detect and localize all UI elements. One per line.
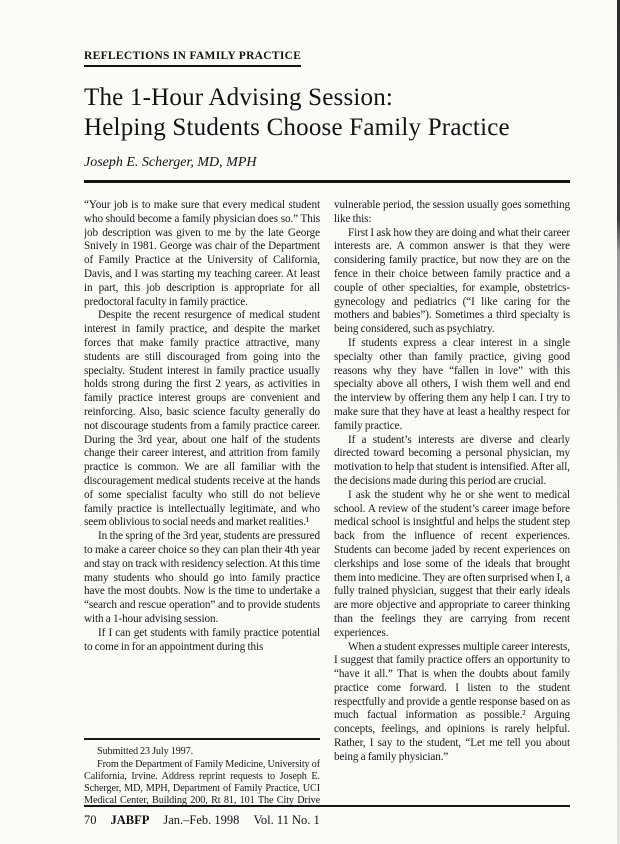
footnote-submitted: Submitted 23 July 1997. <box>84 746 320 758</box>
body-paragraph: “Your job is to make sure that every med… <box>84 199 320 309</box>
body-paragraph: I ask the student why he or she went to … <box>334 489 570 641</box>
article-header: REFLECTIONS IN FAMILY PRACTICE The 1-Hou… <box>0 0 620 183</box>
issue-date: Jan.–Feb. 1998 <box>163 813 239 828</box>
page-footer: 70 JABFP Jan.–Feb. 1998 Vol. 11 No. 1 <box>84 805 570 828</box>
body-paragraph: Despite the recent resurgence of medical… <box>84 309 320 530</box>
body-paragraph: If students express a clear interest in … <box>334 337 570 434</box>
journal-name: JABFP <box>111 813 150 828</box>
page-number: 70 <box>84 813 97 828</box>
volume-info: Vol. 11 No. 1 <box>253 813 319 828</box>
body-paragraph: If a student’s interests are diverse and… <box>334 434 570 489</box>
article-title-line2: Helping Students Choose Family Practice <box>84 114 510 141</box>
article-body: “Your job is to make sure that every med… <box>84 199 570 819</box>
body-paragraph: If I can get students with family practi… <box>84 627 320 655</box>
left-column: “Your job is to make sure that every med… <box>84 199 320 819</box>
body-paragraph: When a student expresses multiple career… <box>334 641 570 765</box>
body-paragraph: In the spring of the 3rd year, students … <box>84 530 320 627</box>
article-title-line1: The 1-Hour Advising Session: <box>84 84 393 111</box>
article-title: The 1-Hour Advising Session: Helping Stu… <box>84 83 570 143</box>
journal-page: REFLECTIONS IN FAMILY PRACTICE The 1-Hou… <box>0 0 620 844</box>
section-kicker: REFLECTIONS IN FAMILY PRACTICE <box>84 50 301 67</box>
title-rule <box>84 180 570 183</box>
body-paragraph: First I ask how they are doing and what … <box>334 227 570 337</box>
author-byline: Joseph E. Scherger, MD, MPH <box>84 155 570 171</box>
right-column: vulnerable period, the session usually g… <box>334 199 570 819</box>
body-paragraph: vulnerable period, the session usually g… <box>334 199 570 227</box>
